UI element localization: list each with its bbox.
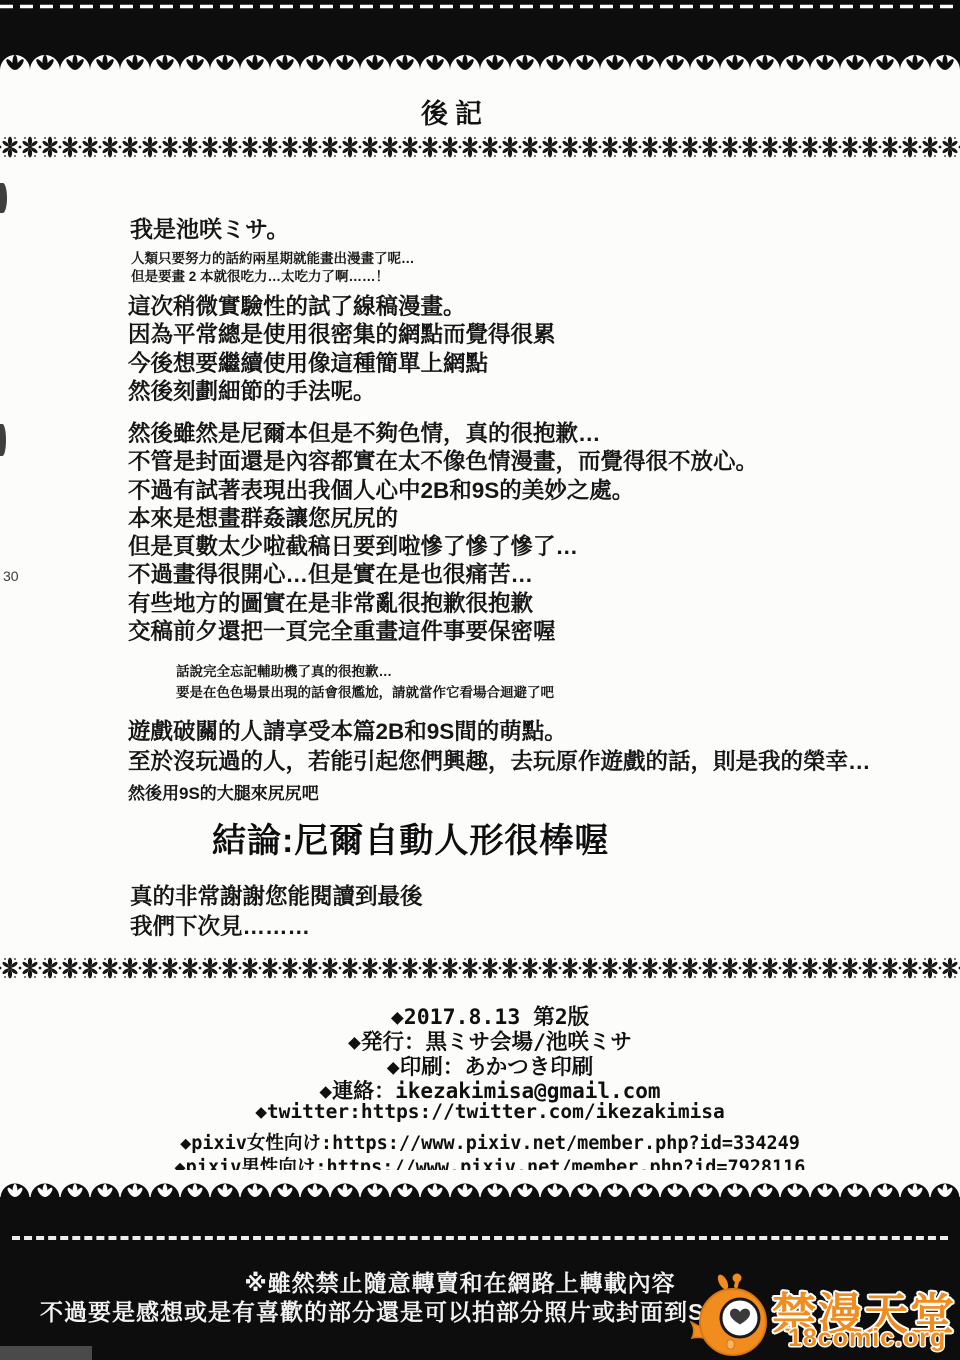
text-line: 話說完全忘記輔助機了真的很抱歉… (176, 661, 554, 682)
small-pod-note: 話說完全忘記輔助機了真的很抱歉… 要是在色色場景出現的話會很尷尬，請就當作它看場… (176, 661, 554, 703)
page-title: 後記 (0, 92, 910, 131)
scan-artifact-patch (0, 1346, 92, 1360)
resale-notice-line: 不過要是感想或是有喜歡的部分還是可以拍部分照片或封面到SN (40, 1294, 722, 1327)
conclusion-headline: 結論:尼爾自動人形很棒喔 (212, 813, 609, 862)
colophon-twitter-url: ◆twitter:https://twitter.com/ikezakimisa (0, 1100, 960, 1126)
text-line: 因為平常總是使用很密集的網點而覺得很累 (128, 321, 556, 349)
paragraph-lineart: 這次稍微實驗性的試了線稿漫畫。 因為平常總是使用很密集的網點而覺得很累 今後想要… (128, 293, 556, 406)
text-line: 本來是想畫群姦讓您尻尻的 (128, 505, 758, 533)
text-line: 要是在色色場景出現的話會很尷尬，請就當作它看場合迴避了吧 (176, 682, 554, 703)
paragraph-game: 遊戲破關的人請享受本篇2B和9S間的萌點。 至於沒玩過的人，若能引起您們興趣，去… (128, 717, 871, 777)
text-line: 不過有試著表現出我個人心中2B和9S的美妙之處。 (128, 477, 758, 505)
ornament-divider (0, 136, 960, 158)
colophon-edition: ◆2017.8.13 第2版 (0, 1000, 960, 1025)
text-line: 人類只要努力的話約兩星期就能畫出漫畫了呢… (131, 250, 415, 268)
orange-mascot-icon (690, 1270, 772, 1360)
text-line: 交稿前夕還把一頁完全重畫這件事要保密喔 (128, 618, 758, 646)
colophon-contact-email: ◆連絡：ikezakimisa@gmail.com (0, 1075, 960, 1100)
watermark-site-url: 18comic.org (788, 1324, 946, 1353)
colophon-publisher: ◆発行：黒ミサ会場/池咲ミサ (0, 1025, 960, 1050)
colophon: ◆2017.8.13 第2版 ◆発行：黒ミサ会場/池咲ミサ ◆印刷：あかつき印刷… (0, 1000, 960, 1177)
thanks-block: 真的非常謝謝您能閱讀到最後 我們下次見……… (130, 882, 423, 942)
text-line: 然後刻劃細節的手法呢。 (128, 378, 556, 406)
scan-smudge (0, 183, 7, 213)
site-watermark: 禁漫天堂 18comic.org (688, 1268, 960, 1360)
text-line: 然後雖然是尼爾本但是不夠色情，真的很抱歉… (128, 420, 758, 448)
page-number: 30 (3, 568, 19, 584)
scan-smudge (0, 424, 6, 456)
dashed-divider (12, 1236, 948, 1240)
small-intro-block: 人類只要努力的話約兩星期就能畫出漫畫了呢… 但是要畫 2 本就很吃力…太吃力了啊… (131, 250, 415, 285)
colophon-pixiv-female-url: ◆pixiv女性向け:https://www.pixiv.net/member.… (0, 1129, 960, 1153)
text-line: 至於沒玩過的人，若能引起您們興趣，去玩原作遊戲的話，則是我的榮幸… (128, 747, 871, 777)
paragraph-apology: 然後雖然是尼爾本但是不夠色情，真的很抱歉… 不管是封面還是內容都實在太不像色情漫… (128, 420, 758, 646)
text-line: 不管是封面還是內容都實在太不像色情漫畫，而覺得很不放心。 (128, 448, 758, 476)
ornament-divider (0, 957, 960, 979)
bottom-lace-border (0, 1170, 960, 1210)
text-line: 但是頁數太少啦截稿日要到啦慘了慘了慘了… (128, 533, 758, 561)
afterword-page: 後記 30 我是池咲ミサ。 (0, 0, 960, 1360)
text-line: 但是要畫 2 本就很吃力…太吃力了啊……！ (131, 268, 415, 286)
text-line: 有些地方的圖實在是非常亂很抱歉很抱歉 (128, 590, 758, 618)
paragraph-game-small: 然後用9S的大腿來尻尻吧 (128, 779, 319, 804)
text-line: 遊戲破關的人請享受本篇2B和9S間的萌點。 (128, 717, 871, 747)
colophon-printer: ◆印刷：あかつき印刷 (0, 1050, 960, 1075)
text-line: 這次稍微實驗性的試了線稿漫畫。 (128, 293, 556, 321)
greeting-text: 我是池咲ミサ。 (130, 211, 289, 244)
text-line: 真的非常謝謝您能閱讀到最後 (130, 882, 423, 912)
text-line: 我們下次見……… (130, 912, 423, 942)
top-lace-border (0, 0, 960, 70)
text-line: 今後想要繼續使用像這種簡單上網點 (128, 350, 556, 378)
text-line: 不過畫得很開心…但是實在是也很痛苦… (128, 561, 758, 589)
